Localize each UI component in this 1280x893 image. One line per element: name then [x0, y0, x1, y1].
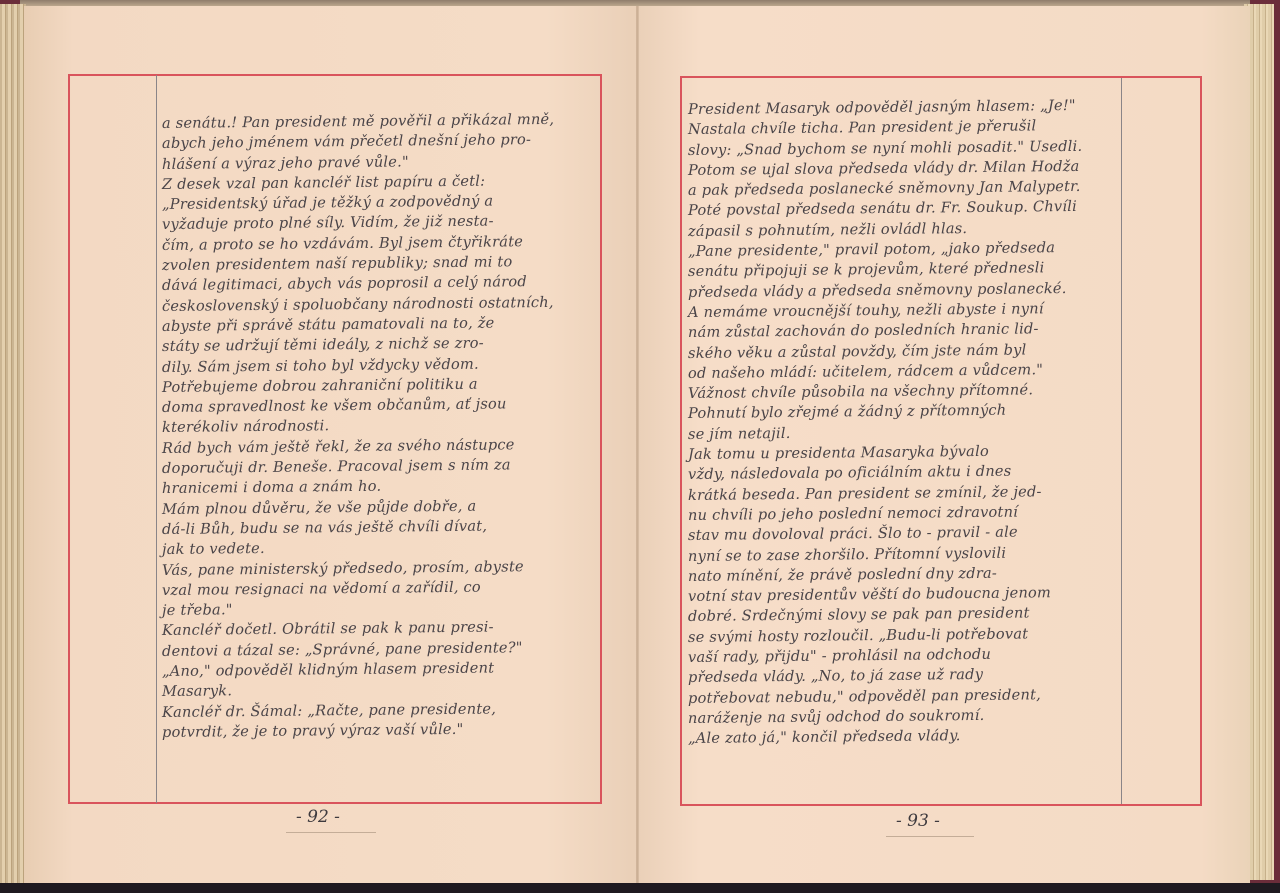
left-page-text: a senátu.! Pan president mě pověřil a př… — [162, 114, 602, 743]
book-bottom-shadow — [0, 883, 1280, 893]
left-page-stack-edge — [0, 4, 26, 884]
page-number-underline — [286, 832, 376, 833]
left-page-margin-rule — [156, 75, 157, 803]
book-gutter — [636, 6, 639, 884]
right-page-number: - 93 - — [896, 811, 940, 831]
left-page-number: - 92 - — [296, 807, 340, 827]
right-page-text: President Masaryk odpověděl jasným hlase… — [688, 100, 1128, 750]
page-number-underline — [886, 836, 974, 837]
text-line: „Ale zato já," končil předseda vlády. — [688, 725, 1128, 750]
text-line: potvrdit, že je to pravý výraz vaší vůle… — [162, 718, 602, 743]
